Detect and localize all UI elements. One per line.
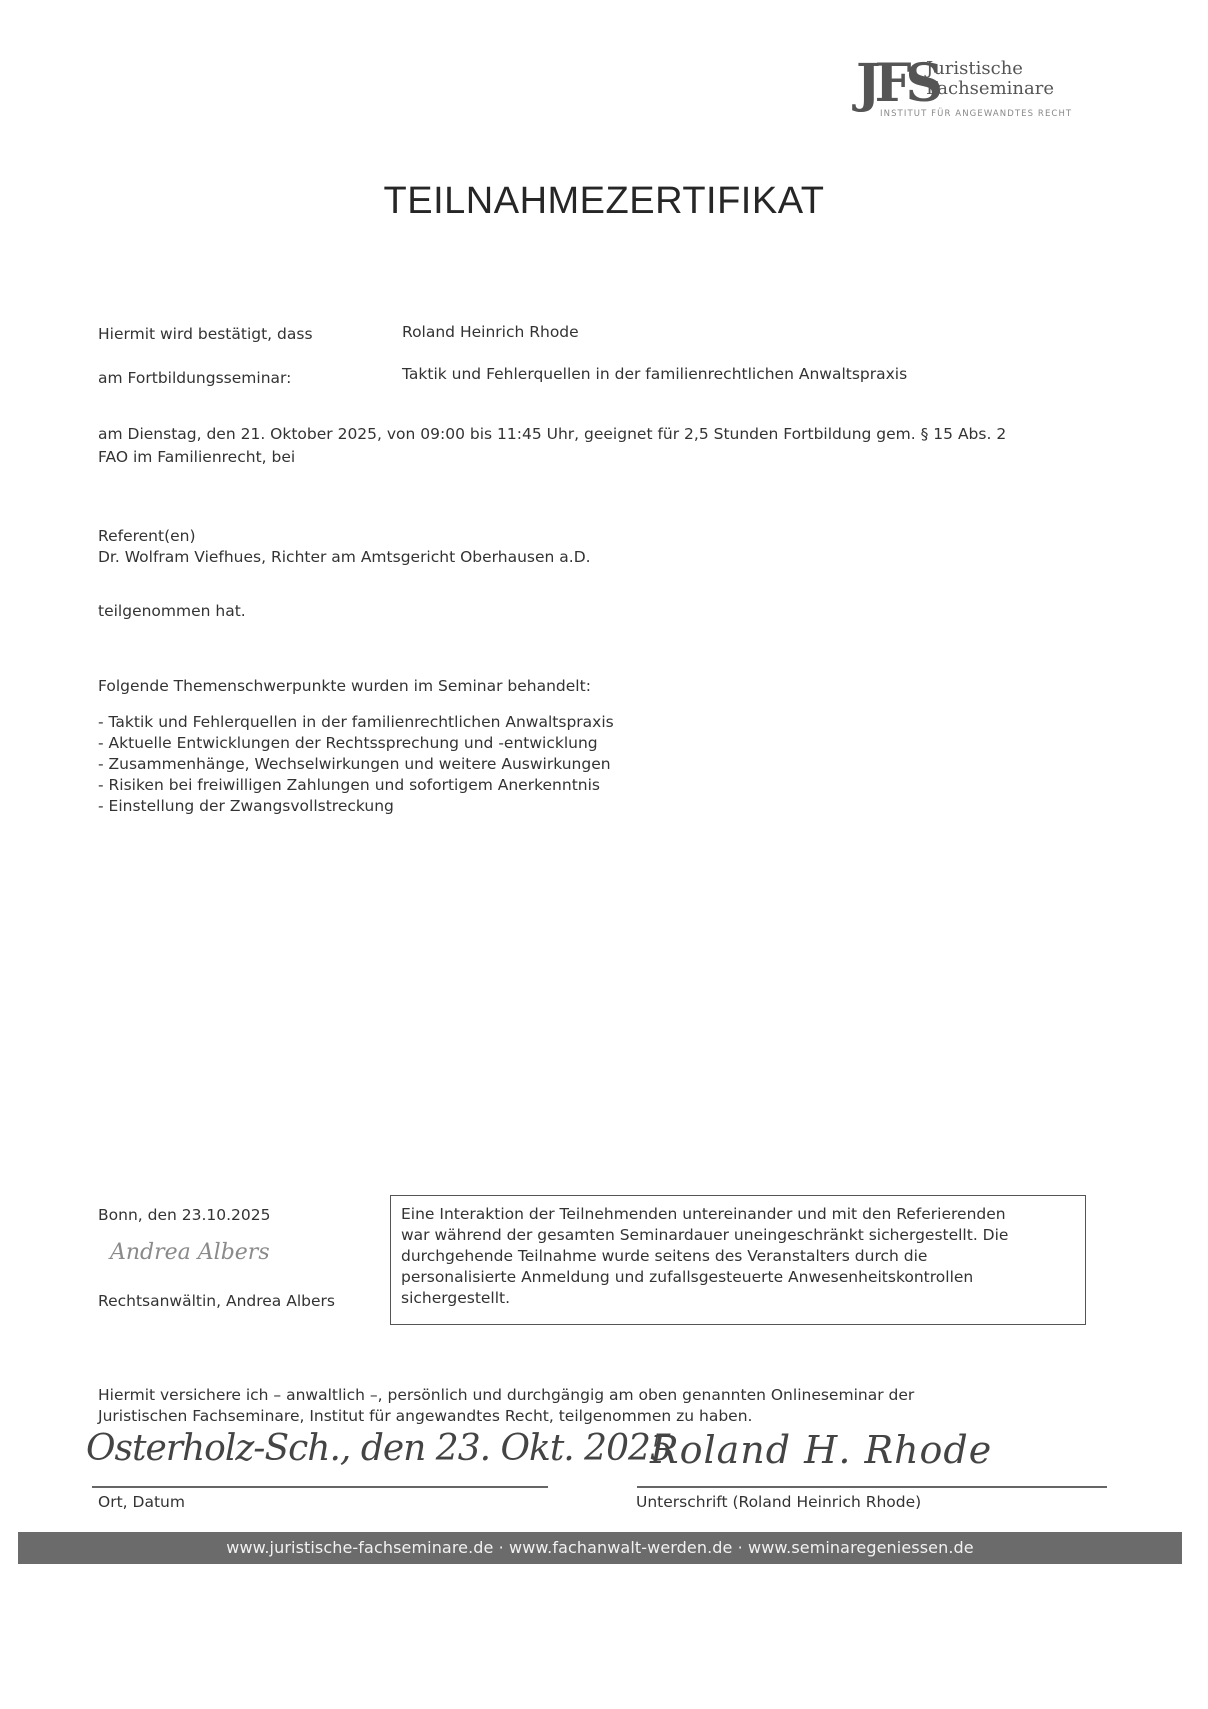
info-box-line: Eine Interaktion der Teilnehmenden unter… xyxy=(401,1204,1075,1225)
seminar-label: am Fortbildungsseminar: xyxy=(98,368,291,389)
logo-name-line1: Juristische xyxy=(926,59,1054,79)
topic-item: Taktik und Fehlerquellen in der familien… xyxy=(98,712,614,733)
seminar-name: Taktik und Fehlerquellen in der familien… xyxy=(402,364,907,385)
participant-name: Roland Heinrich Rhode xyxy=(402,322,579,343)
topics-intro: Folgende Themenschwerpunkte wurden im Se… xyxy=(98,676,591,697)
info-box: Eine Interaktion der Teilnehmenden unter… xyxy=(390,1195,1086,1325)
date-paragraph-line1: am Dienstag, den 21. Oktober 2025, von 0… xyxy=(98,424,1006,445)
topic-item: Risiken bei freiwilligen Zahlungen und s… xyxy=(98,775,614,796)
participated-text: teilgenommen hat. xyxy=(98,601,246,622)
info-box-line: sichergestellt. xyxy=(401,1288,1075,1309)
speakers-value: Dr. Wolfram Viefhues, Richter am Amtsger… xyxy=(98,547,591,568)
signature-label: Unterschrift (Roland Heinrich Rhode) xyxy=(636,1492,921,1513)
signature-line xyxy=(637,1486,1107,1488)
topic-item: Zusammenhänge, Wechselwirkungen und weit… xyxy=(98,754,614,775)
place-date-line xyxy=(92,1486,548,1488)
topics-list: Taktik und Fehlerquellen in der familien… xyxy=(98,712,614,817)
issuer-signature: Andrea Albers xyxy=(110,1240,270,1265)
place-date-label: Ort, Datum xyxy=(98,1492,185,1513)
speakers-label: Referent(en) xyxy=(98,526,196,547)
handwritten-signature: Roland H. Rhode xyxy=(650,1428,992,1472)
info-box-line: durchgehende Teilnahme wurde seitens des… xyxy=(401,1246,1075,1267)
declaration-line1: Hiermit versichere ich – anwaltlich –, p… xyxy=(98,1385,914,1406)
logo-subtitle: INSTITUT FÜR ANGEWANDTES RECHT xyxy=(880,109,1072,119)
logo-name: Juristische Fachseminare xyxy=(926,59,1054,99)
confirmation-label: Hiermit wird bestätigt, dass xyxy=(98,324,313,345)
topic-item: Aktuelle Entwicklungen der Rechtssprechu… xyxy=(98,733,614,754)
issuer-title: Rechtsanwältin, Andrea Albers xyxy=(98,1291,335,1312)
footer-links: www.juristische-fachseminare.de · www.fa… xyxy=(18,1538,1182,1557)
logo-mark: JFS xyxy=(856,56,937,112)
topic-item: Einstellung der Zwangsvollstreckung xyxy=(98,796,614,817)
info-box-line: war während der gesamten Seminardauer un… xyxy=(401,1225,1075,1246)
handwritten-place-date: Osterholz-Sch., den 23. Okt. 2025 xyxy=(86,1428,672,1469)
logo-name-line2: Fachseminare xyxy=(926,79,1054,99)
date-paragraph-line2: FAO im Familienrecht, bei xyxy=(98,447,295,468)
issuer-place-date: Bonn, den 23.10.2025 xyxy=(98,1205,271,1226)
footer-bar: www.juristische-fachseminare.de · www.fa… xyxy=(18,1532,1182,1564)
company-logo: JFS Juristische Fachseminare INSTITUT FÜ… xyxy=(856,56,1096,126)
page-title: TEILNAHMEZERTIFIKAT xyxy=(0,180,1208,223)
declaration-line2: Juristischen Fachseminare, Institut für … xyxy=(98,1406,752,1427)
info-box-line: personalisierte Anmeldung und zufallsges… xyxy=(401,1267,1075,1288)
